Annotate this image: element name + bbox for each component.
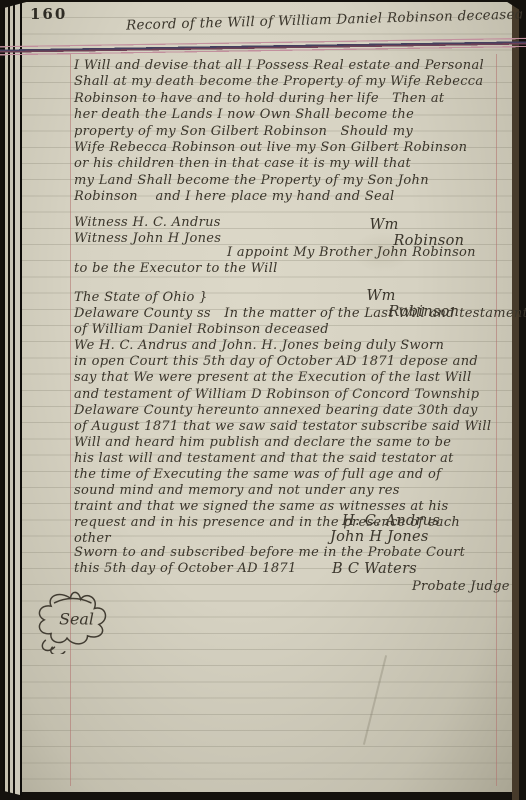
handwritten-line: Delaware County ss In the matter of the … [74,306,526,322]
judge-signature: B C Waters [332,561,417,577]
handwritten-line: Witness John H Jones [74,231,221,247]
handwritten-line: the time of Executing the same was of fu… [74,467,526,483]
handwritten-line: or his children then in that case it is … [74,156,484,172]
handwritten-line: and testament of William D Robinson of C… [74,387,526,403]
handwritten-line: Witness H. C. Andrus [74,215,221,231]
handwritten-line: in open Court this 5th day of October AD… [74,354,526,370]
executor-appointment-line2: to be the Executor to the Will [74,261,278,276]
handwritten-line: The State of Ohio } [74,290,526,306]
paper-stain [352,232,412,272]
pencil-scratch [363,655,387,745]
handwritten-line: request and in his presence and in the p… [74,515,526,531]
jurat-line2: this 5th day of October AD 1871 [74,561,297,576]
handwritten-line: of August 1871 that we saw said testator… [74,419,526,435]
handwritten-line: traint and that we signed the same as wi… [74,499,526,515]
handwritten-line: Will and heard him publish and declare t… [74,435,526,451]
judge-title: Probate Judge [412,579,510,594]
jurat-line1: Sworn to and subscribed before me in the… [74,545,465,560]
ledger-photo: 160 Record of the Will of William Daniel… [0,0,526,800]
handwritten-line: Delaware County hereunto annexed bearing… [74,403,526,419]
handwritten-line: his last will and testament and that the… [74,451,526,467]
handwritten-line: Robinson to have and to hold during her … [74,91,484,107]
witness-list: Witness H. C. AndrusWitness John H Jones [74,215,221,248]
handwritten-line: We H. C. Andrus and John. H. Jones being… [74,338,526,354]
photo-corner-shadow [0,0,34,9]
handwritten-line: Wife Rebecca Robinson out live my Son Gi… [74,140,484,156]
witness-signature: H. C. Andrus [342,513,440,529]
photo-corner-shadow [0,790,40,800]
handwritten-line: Shall at my death become the Property of… [74,74,484,90]
handwritten-line: my Land Shall become the Property of my … [74,173,484,189]
handwritten-line: I Will and devise that all I Possess Rea… [74,58,484,74]
binding-page-edges [3,0,22,800]
left-margin-line [70,54,71,786]
handwritten-line: of William Daniel Robinson deceased [74,322,526,338]
handwritten-line: sound mind and memory and not under any … [74,483,526,499]
seal-scribble-drawing: Seal [30,588,120,654]
page-title: Record of the Will of William Daniel Rob… [126,6,526,33]
handwritten-line: say that We were present at the Executio… [74,370,526,386]
photo-corner-shadow [504,0,526,14]
will-text: I Will and devise that all I Possess Rea… [74,58,484,206]
ledger-page: 160 Record of the Will of William Daniel… [22,2,512,792]
handwritten-line: property of my Son Gilbert Robinson Shou… [74,124,484,140]
handwritten-line: her death the Lands I now Own Shall beco… [74,107,484,123]
page-number: 160 [30,5,67,23]
probate-attestation: The State of Ohio }Delaware County ss In… [74,290,526,548]
signature-first-name: Wm [369,217,398,233]
witness-signature: John H Jones [330,529,429,545]
seal-label: Seal [59,609,94,628]
seal-scribble: Seal [30,588,120,654]
